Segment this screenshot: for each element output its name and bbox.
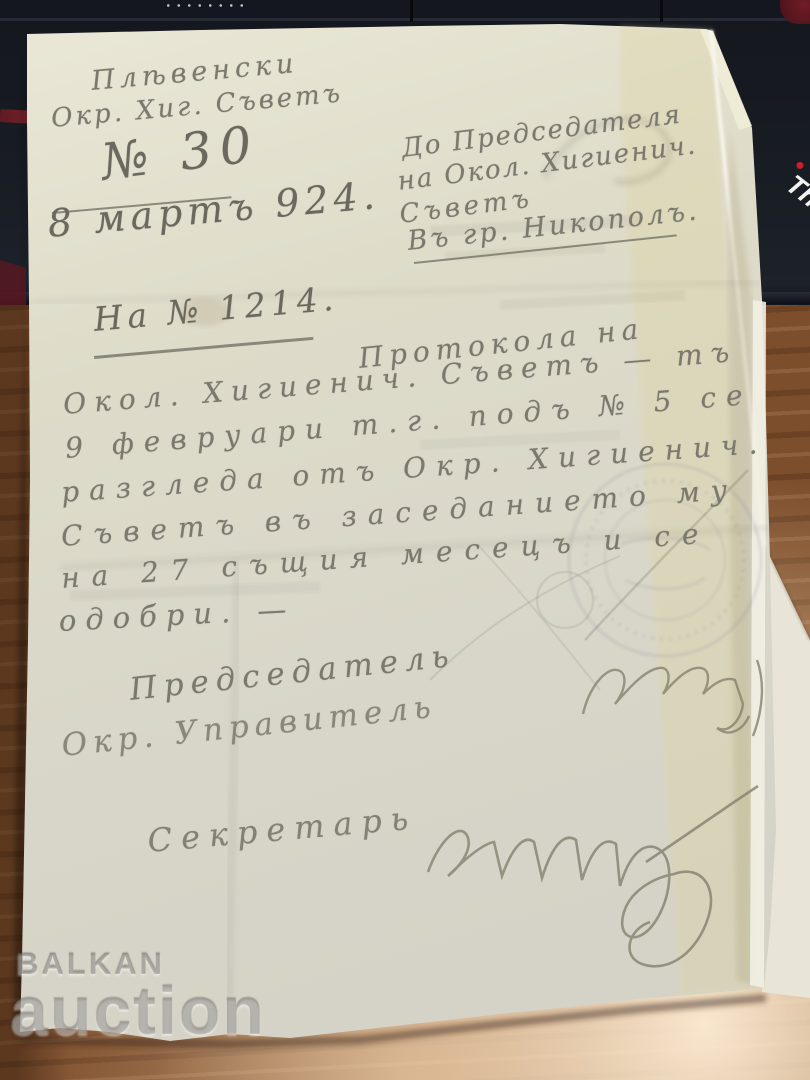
watermark-auction: auction	[10, 972, 266, 1050]
photo-of-document: Th	[0, 0, 810, 1080]
